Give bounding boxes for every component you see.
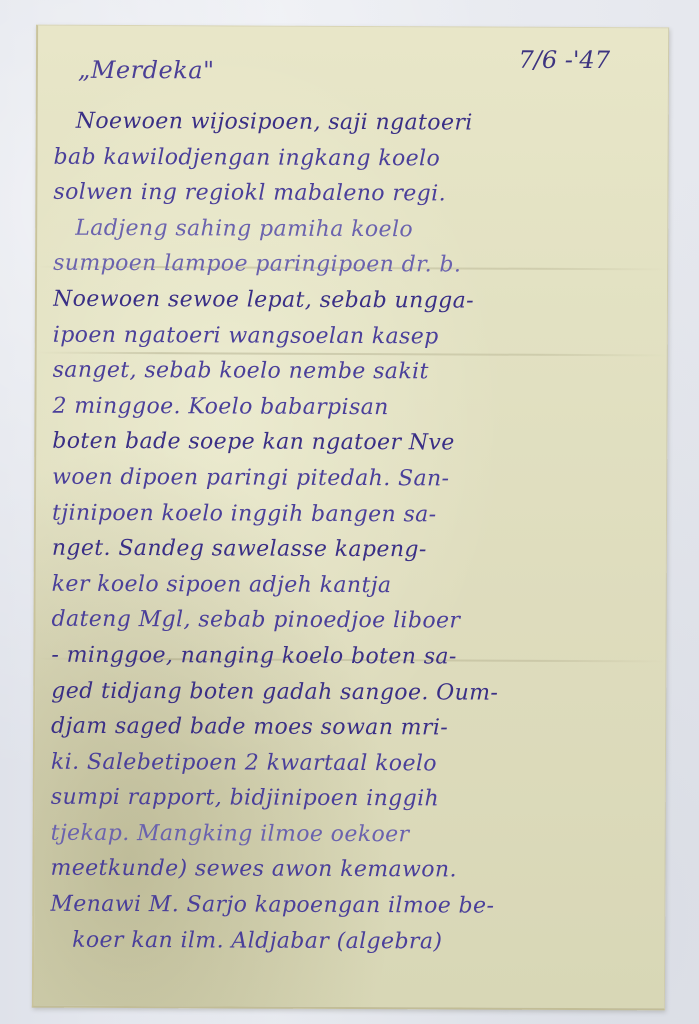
- letter-line: bab kawilodjengan ingkang koelo: [53, 139, 653, 177]
- letter-line: ipoen ngatoeri wangsoelan kasep: [53, 317, 653, 355]
- letter-line: tjekap. Mangking ilmoe oekoer: [51, 816, 651, 854]
- letter-line: Noewoen wijosipoen, saji ngatoeri: [54, 104, 654, 142]
- letter-line: dateng Mgl, sebab pinoedjoe liboer: [51, 602, 651, 640]
- letter-line: sumpi rapport, bidjinipoen inggih: [51, 780, 651, 818]
- letter-line: sumpoen lampoe paringipoen dr. b.: [53, 246, 653, 284]
- letter-line: ker koelo sipoen adjeh kantja: [52, 566, 652, 604]
- letter-line: Noewoen sewoe lepat, sebab ungga-: [53, 282, 653, 320]
- letter-heading: „Merdeka" 7/6 -'47: [38, 26, 668, 109]
- letter-line: - minggoe, nanging koelo boten sa-: [51, 638, 651, 676]
- letter-date: 7/6 -'47: [518, 46, 610, 74]
- letter-line: 2 minggoe. Koelo babarpisan: [52, 388, 652, 426]
- letter-line: woen dipoen paringi pitedah. San-: [52, 460, 652, 498]
- letter-line: koer kan ilm. Aldjabar (algebra): [50, 922, 650, 960]
- letter-line: nget. Sandeg sawelasse kapeng-: [52, 531, 652, 569]
- letter-line: ged tidjang boten gadah sangoe. Oum-: [51, 673, 651, 711]
- letter-line: Ladjeng sahing pamiha koelo: [53, 210, 653, 248]
- letter-line: meetkunde) sewes awon kemawon.: [50, 851, 650, 889]
- letter-line: djam saged bade moes sowan mri-: [51, 709, 651, 747]
- letter-line: sanget, sebab koelo nembe sakit: [53, 353, 653, 391]
- letter-body: Noewoen wijosipoen, saji ngatoeri bab ka…: [50, 104, 654, 961]
- letter-line: tjinipoen koelo inggih bangen sa-: [52, 495, 652, 533]
- letter-line: Menawi M. Sarjo kapoengan ilmoe be-: [50, 887, 650, 925]
- letter-line: boten bade soepe kan ngatoer Nve: [52, 424, 652, 462]
- letter-line: solwen ing regiokl mabaleno regi.: [53, 175, 653, 213]
- salutation-merdeka: „Merdeka": [78, 56, 215, 85]
- letter-line: ki. Salebetipoen 2 kwartaal koelo: [51, 744, 651, 782]
- letter-paper: „Merdeka" 7/6 -'47 Noewoen wijosipoen, s…: [32, 25, 669, 1011]
